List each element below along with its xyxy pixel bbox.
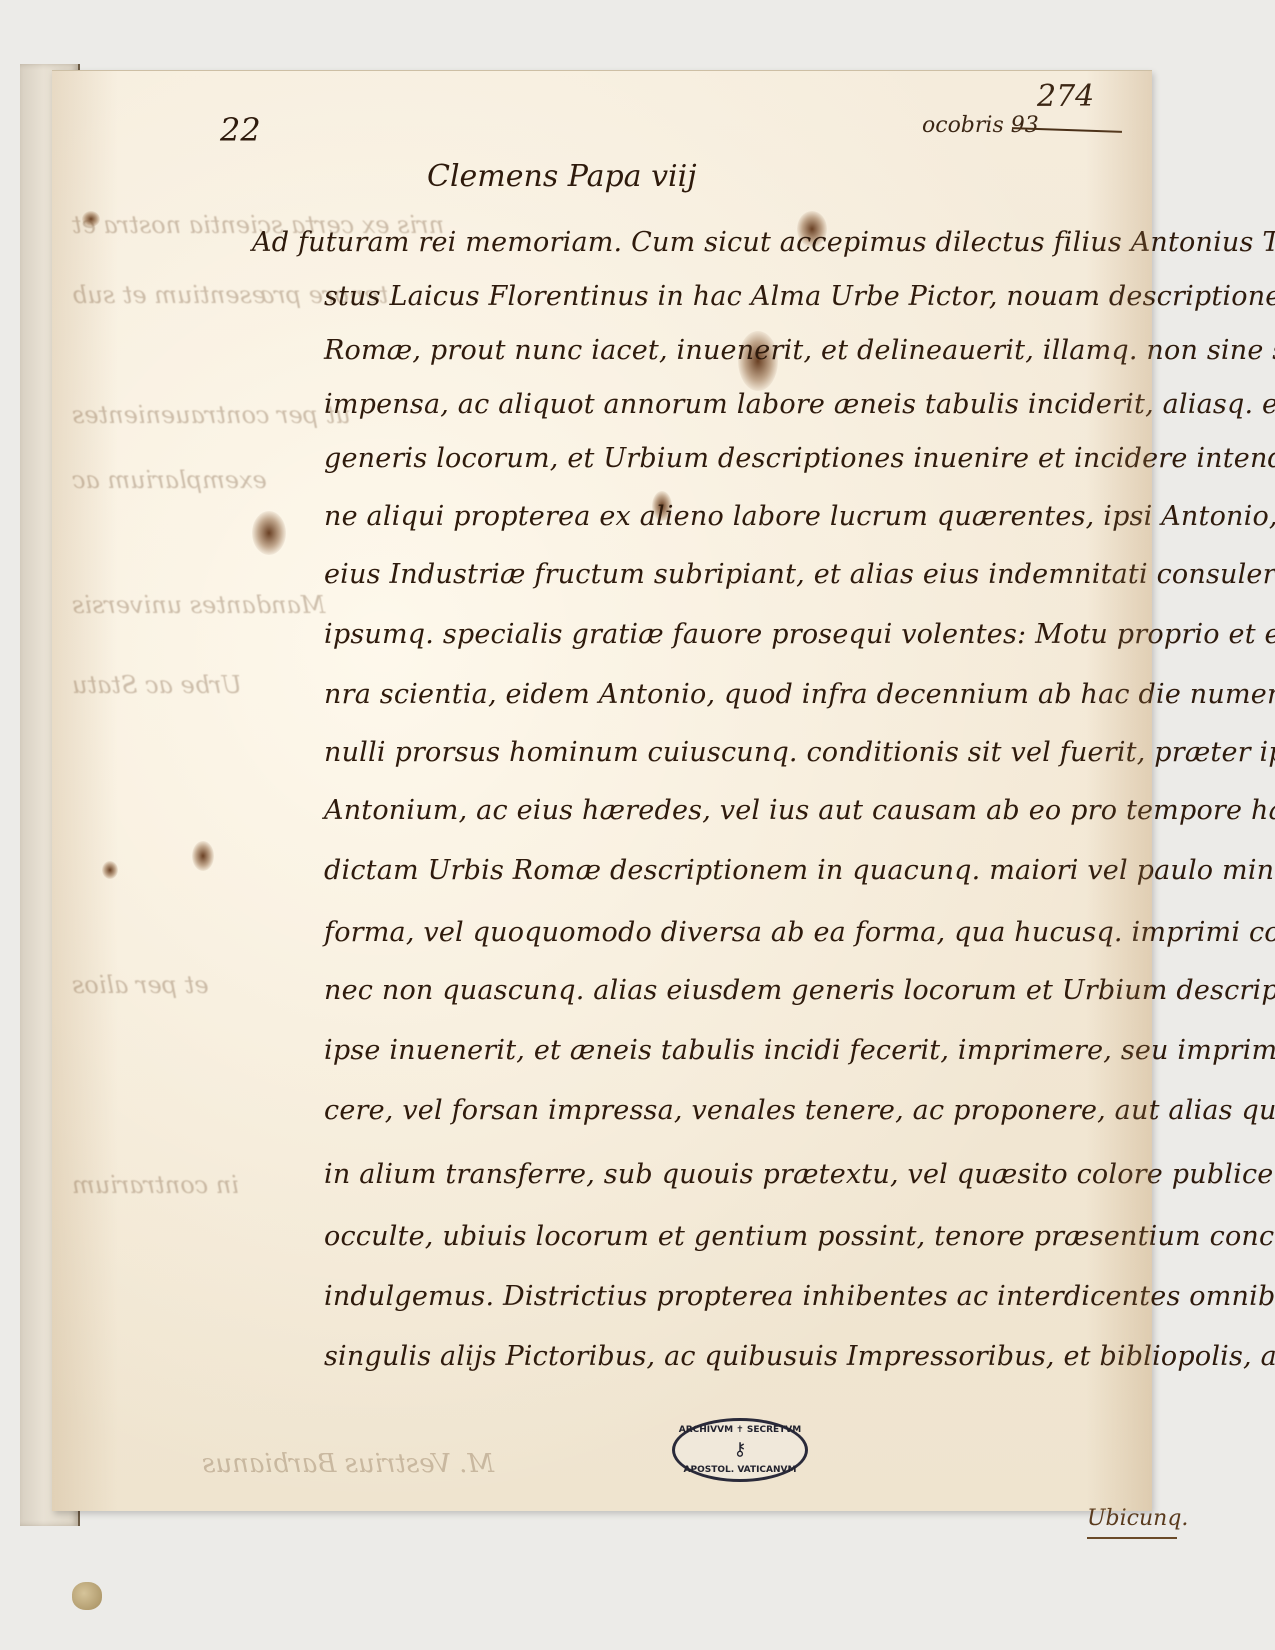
show-through-signature: M. Vestrius Barbianus xyxy=(202,1449,494,1479)
show-through-text: ut per contrauenientes xyxy=(72,401,351,429)
text-line: ne aliqui propterea ex alieno labore luc… xyxy=(324,501,1275,532)
text-line: eius Industriæ fructum subripiant, et al… xyxy=(324,559,1275,590)
text-line: nulli prorsus hominum cuiuscunq. conditi… xyxy=(324,737,1275,768)
manuscript-page: nris ex certa scientia nostra et tenore … xyxy=(52,70,1152,1511)
text-line: occulte, ubiuis locorum et gentium possi… xyxy=(324,1221,1275,1252)
text-line: stus Laicus Florentinus in hac Alma Urbe… xyxy=(324,281,1275,312)
show-through-text: Urbe ac Statu xyxy=(72,671,242,699)
text-line: ipse inuenerit, et æneis tabulis incidi … xyxy=(324,1035,1275,1066)
text-line: cere, vel forsan impressa, venales tener… xyxy=(324,1095,1275,1126)
document-heading: Clemens Papa viij xyxy=(427,159,697,194)
ink-blot xyxy=(192,841,214,871)
text-line: generis locorum, et Urbium descriptiones… xyxy=(324,443,1275,474)
text-line: nec non quascunq. alias eiusdem generis … xyxy=(324,975,1275,1006)
ink-blot xyxy=(102,861,118,879)
binding-cord xyxy=(72,1582,102,1610)
stamp-top-text: ARCHIVVM ✝ SECRETVM xyxy=(679,1425,801,1435)
text-line: singulis alijs Pictoribus, ac quibusuis … xyxy=(324,1341,1275,1372)
text-line: in alium transferre, sub quouis prætextu… xyxy=(324,1159,1275,1190)
text-line: Ad futuram rei memoriam. Cum sicut accep… xyxy=(252,227,1275,258)
show-through-text: in contrarium xyxy=(72,1171,239,1199)
text-line: Antonium, ac eius hæredes, vel ius aut c… xyxy=(324,795,1275,826)
archive-stamp: ARCHIVVM ✝ SECRETVM ⚷ APOSTOL. VATICANVM xyxy=(672,1418,808,1482)
text-line: impensa, ac aliquot annorum labore æneis… xyxy=(324,389,1275,420)
text-line: ipsumq. specialis gratiæ fauore prosequi… xyxy=(324,619,1275,650)
text-line: nra scientia, eidem Antonio, quod infra … xyxy=(324,679,1275,710)
papal-keys-icon: ⚷ xyxy=(733,1441,746,1459)
ink-blot xyxy=(252,511,286,555)
date-note: ocobris 93 xyxy=(922,113,1039,138)
show-through-text: Mandantes universis xyxy=(72,591,325,619)
stamp-bottom-text: APOSTOL. VATICANVM xyxy=(684,1465,797,1475)
text-line: forma, vel quoquomodo diversa ab ea form… xyxy=(324,917,1275,948)
folio-number-right: 274 xyxy=(1037,79,1094,114)
show-through-text: et per alios xyxy=(72,971,209,999)
catchword-underline xyxy=(1087,1537,1177,1539)
text-line: dictam Urbis Romæ descriptionem in quacu… xyxy=(324,855,1275,886)
show-through-text: exemplarium ac xyxy=(72,466,267,494)
text-line: indulgemus. Districtius propterea inhibe… xyxy=(324,1281,1275,1312)
catchword: Ubicunq. xyxy=(1087,1506,1188,1531)
folio-number-left: 22 xyxy=(220,111,261,149)
text-line: Romæ, prout nunc iacet, inuenerit, et de… xyxy=(324,335,1275,366)
